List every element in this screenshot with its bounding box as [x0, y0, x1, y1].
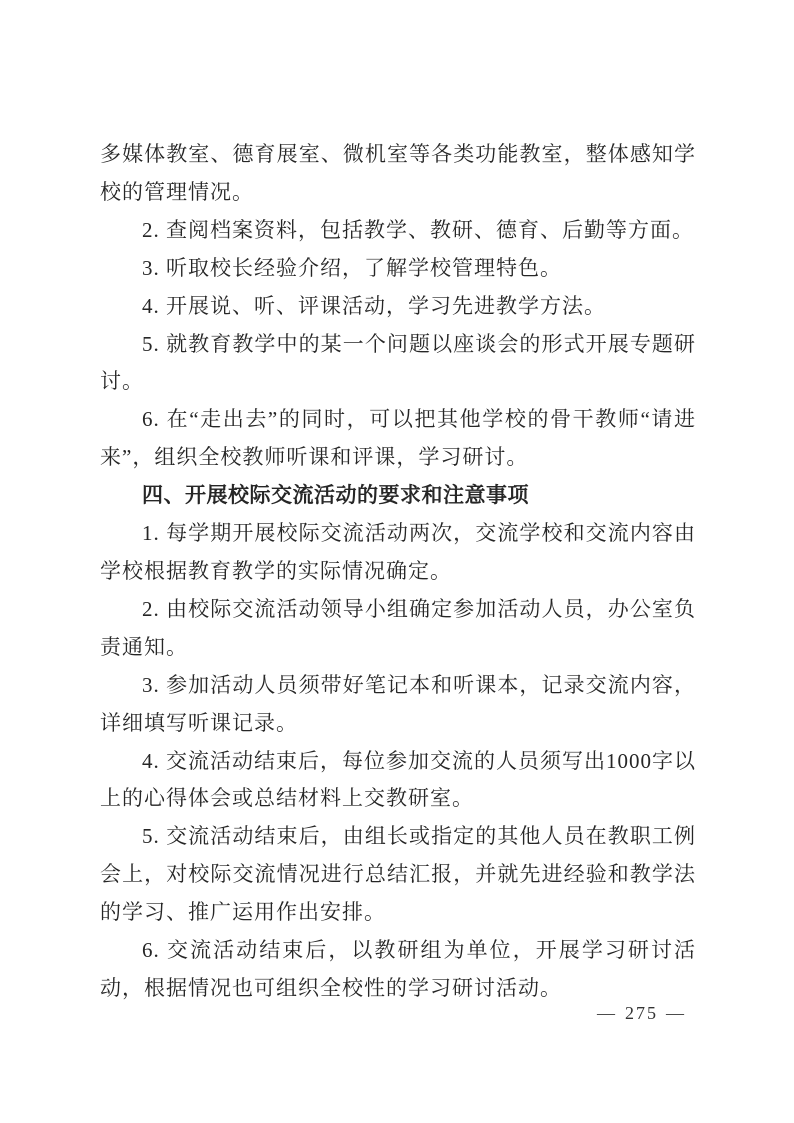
page-footer: —275— [589, 1003, 694, 1024]
footer-dash-left: — [597, 1003, 617, 1024]
list-item-sec4-4: 4. 交流活动结束后，每位参加交流的人员须写出1000字以上的心得体会或总结材料… [100, 743, 696, 819]
paragraph-continuation: 多媒体教室、德育展室、微机室等各类功能教室，整体感知学校的管理情况。 [100, 136, 696, 212]
list-item-sec4-5: 5. 交流活动结束后，由组长或指定的其他人员在教职工例会上，对校际交流情况进行总… [100, 818, 696, 932]
list-item-6: 6. 在“走出去”的同时，可以把其他学校的骨干教师“请进来”，组织全校教师听课和… [100, 401, 696, 477]
footer-dash-right: — [666, 1003, 686, 1024]
document-page: 多媒体教室、德育展室、微机室等各类功能教室，整体感知学校的管理情况。 2. 查阅… [0, 0, 794, 1123]
list-item-5: 5. 就教育教学中的某一个问题以座谈会的形式开展专题研讨。 [100, 326, 696, 402]
list-item-4: 4. 开展说、听、评课活动，学习先进教学方法。 [100, 288, 696, 326]
page-body-text: 多媒体教室、德育展室、微机室等各类功能教室，整体感知学校的管理情况。 2. 查阅… [100, 136, 696, 1008]
list-item-2: 2. 查阅档案资料，包括教学、教研、德育、后勤等方面。 [100, 212, 696, 250]
list-item-sec4-1: 1. 每学期开展校际交流活动两次，交流学校和交流内容由学校根据教育教学的实际情况… [100, 515, 696, 591]
list-item-sec4-6: 6. 交流活动结束后，以教研组为单位，开展学习研讨活动，根据情况也可组织全校性的… [100, 932, 696, 1008]
page-number: 275 [625, 1003, 658, 1023]
list-item-3: 3. 听取校长经验介绍，了解学校管理特色。 [100, 250, 696, 288]
list-item-sec4-2: 2. 由校际交流活动领导小组确定参加活动人员，办公室负责通知。 [100, 591, 696, 667]
section-heading: 四、开展校际交流活动的要求和注意事项 [100, 477, 696, 515]
list-item-sec4-3: 3. 参加活动人员须带好笔记本和听课本，记录交流内容，详细填写听课记录。 [100, 667, 696, 743]
